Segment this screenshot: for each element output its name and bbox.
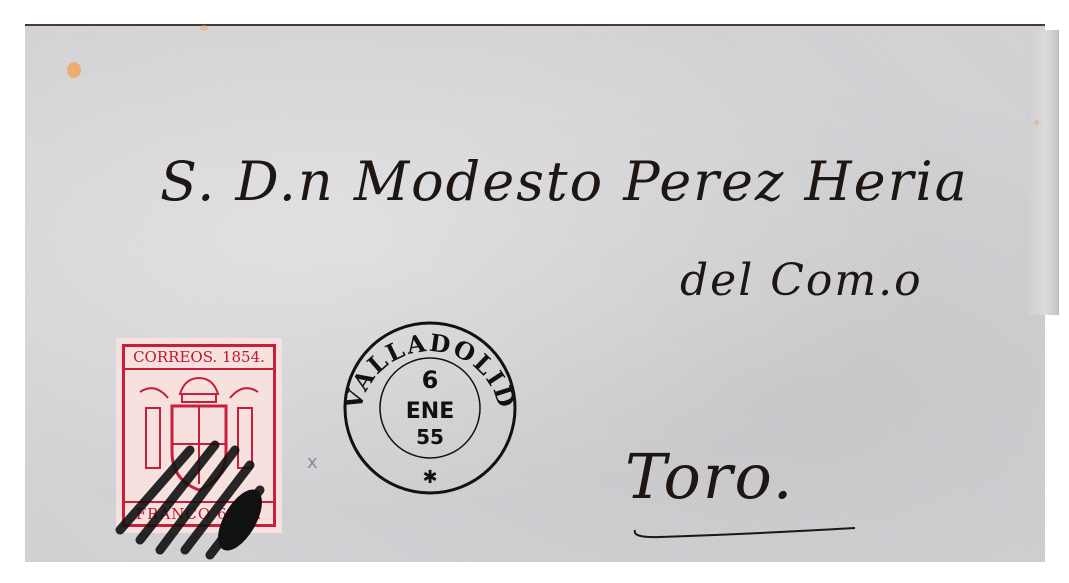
address-line-city: Toro. (625, 440, 794, 513)
postmark-month: ENE (406, 399, 454, 424)
postmark-star-icon: ✱ (422, 467, 437, 488)
grill-cancellation-mark (100, 390, 300, 560)
stamp-top-text: CORREOS. 1854. (124, 346, 274, 370)
foxing-spot (200, 25, 208, 31)
postmark-day: 6 (422, 366, 439, 394)
postmark-year: 55 (416, 425, 444, 449)
foxing-spot (67, 62, 81, 78)
circular-date-postmark: VALLADOLID 6 ENE 55 ✱ (340, 318, 520, 498)
pencil-mark: x (307, 452, 318, 473)
envelope-flap (1028, 30, 1059, 315)
foxing-spot (1034, 120, 1039, 125)
address-line-title: del Com.o (680, 255, 923, 306)
address-line-recipient: S. D.n Modesto Perez Heria (160, 150, 969, 213)
underline-flourish (630, 522, 860, 542)
